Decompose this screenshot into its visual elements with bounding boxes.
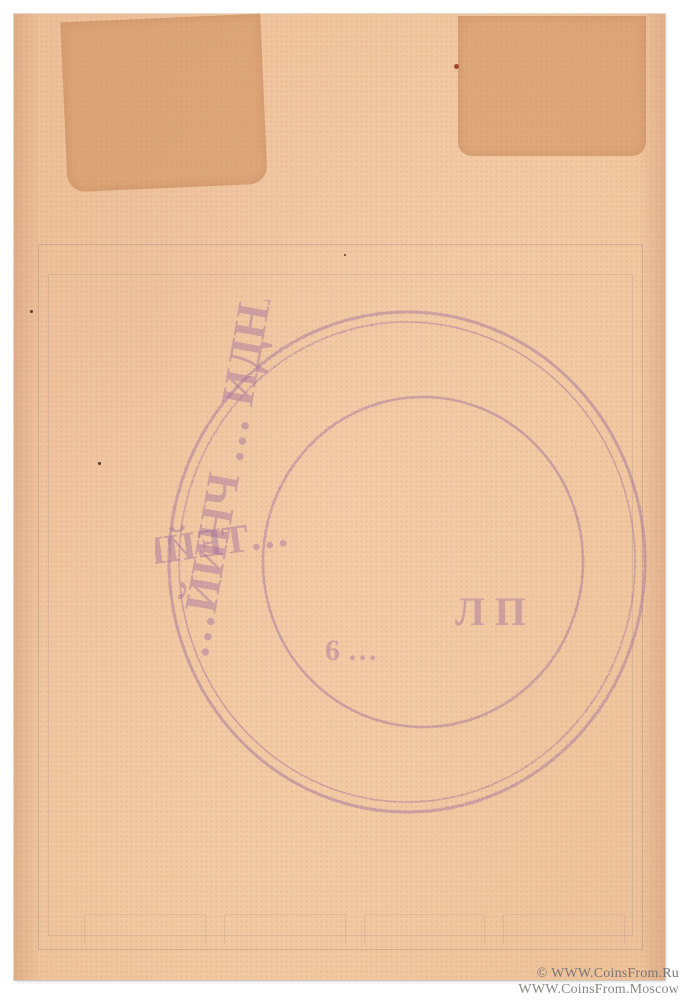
bottom-panel — [364, 914, 486, 944]
bottom-panel — [503, 914, 625, 944]
tape-remnant-left — [60, 14, 267, 193]
bottom-panel — [84, 914, 206, 944]
watermark-line-1: © WWW.CoinsFrom.Ru — [518, 966, 679, 982]
paper-speck — [454, 64, 459, 69]
copyright-watermark: © WWW.CoinsFrom.Ru WWW.CoinsFrom.Moscow — [518, 966, 679, 998]
paper-speck — [344, 254, 346, 256]
stamp-center-number: 6 … — [325, 634, 378, 667]
paper-speck — [98, 462, 101, 465]
watermark-line-2: WWW.CoinsFrom.Moscow — [518, 982, 679, 998]
left-edge-discoloration — [14, 14, 40, 980]
stamp-center-letters: Л П — [455, 589, 526, 634]
bottom-panel — [224, 914, 346, 944]
purple-circular-stamp: …ЙИНЧ … ИДНН … …ТЕЙПОЛЕЦ… Л П 6 … — [155, 300, 655, 820]
faint-bottom-panels — [84, 914, 625, 944]
tape-remnant-right — [458, 16, 646, 156]
paper-speck — [30, 310, 33, 313]
